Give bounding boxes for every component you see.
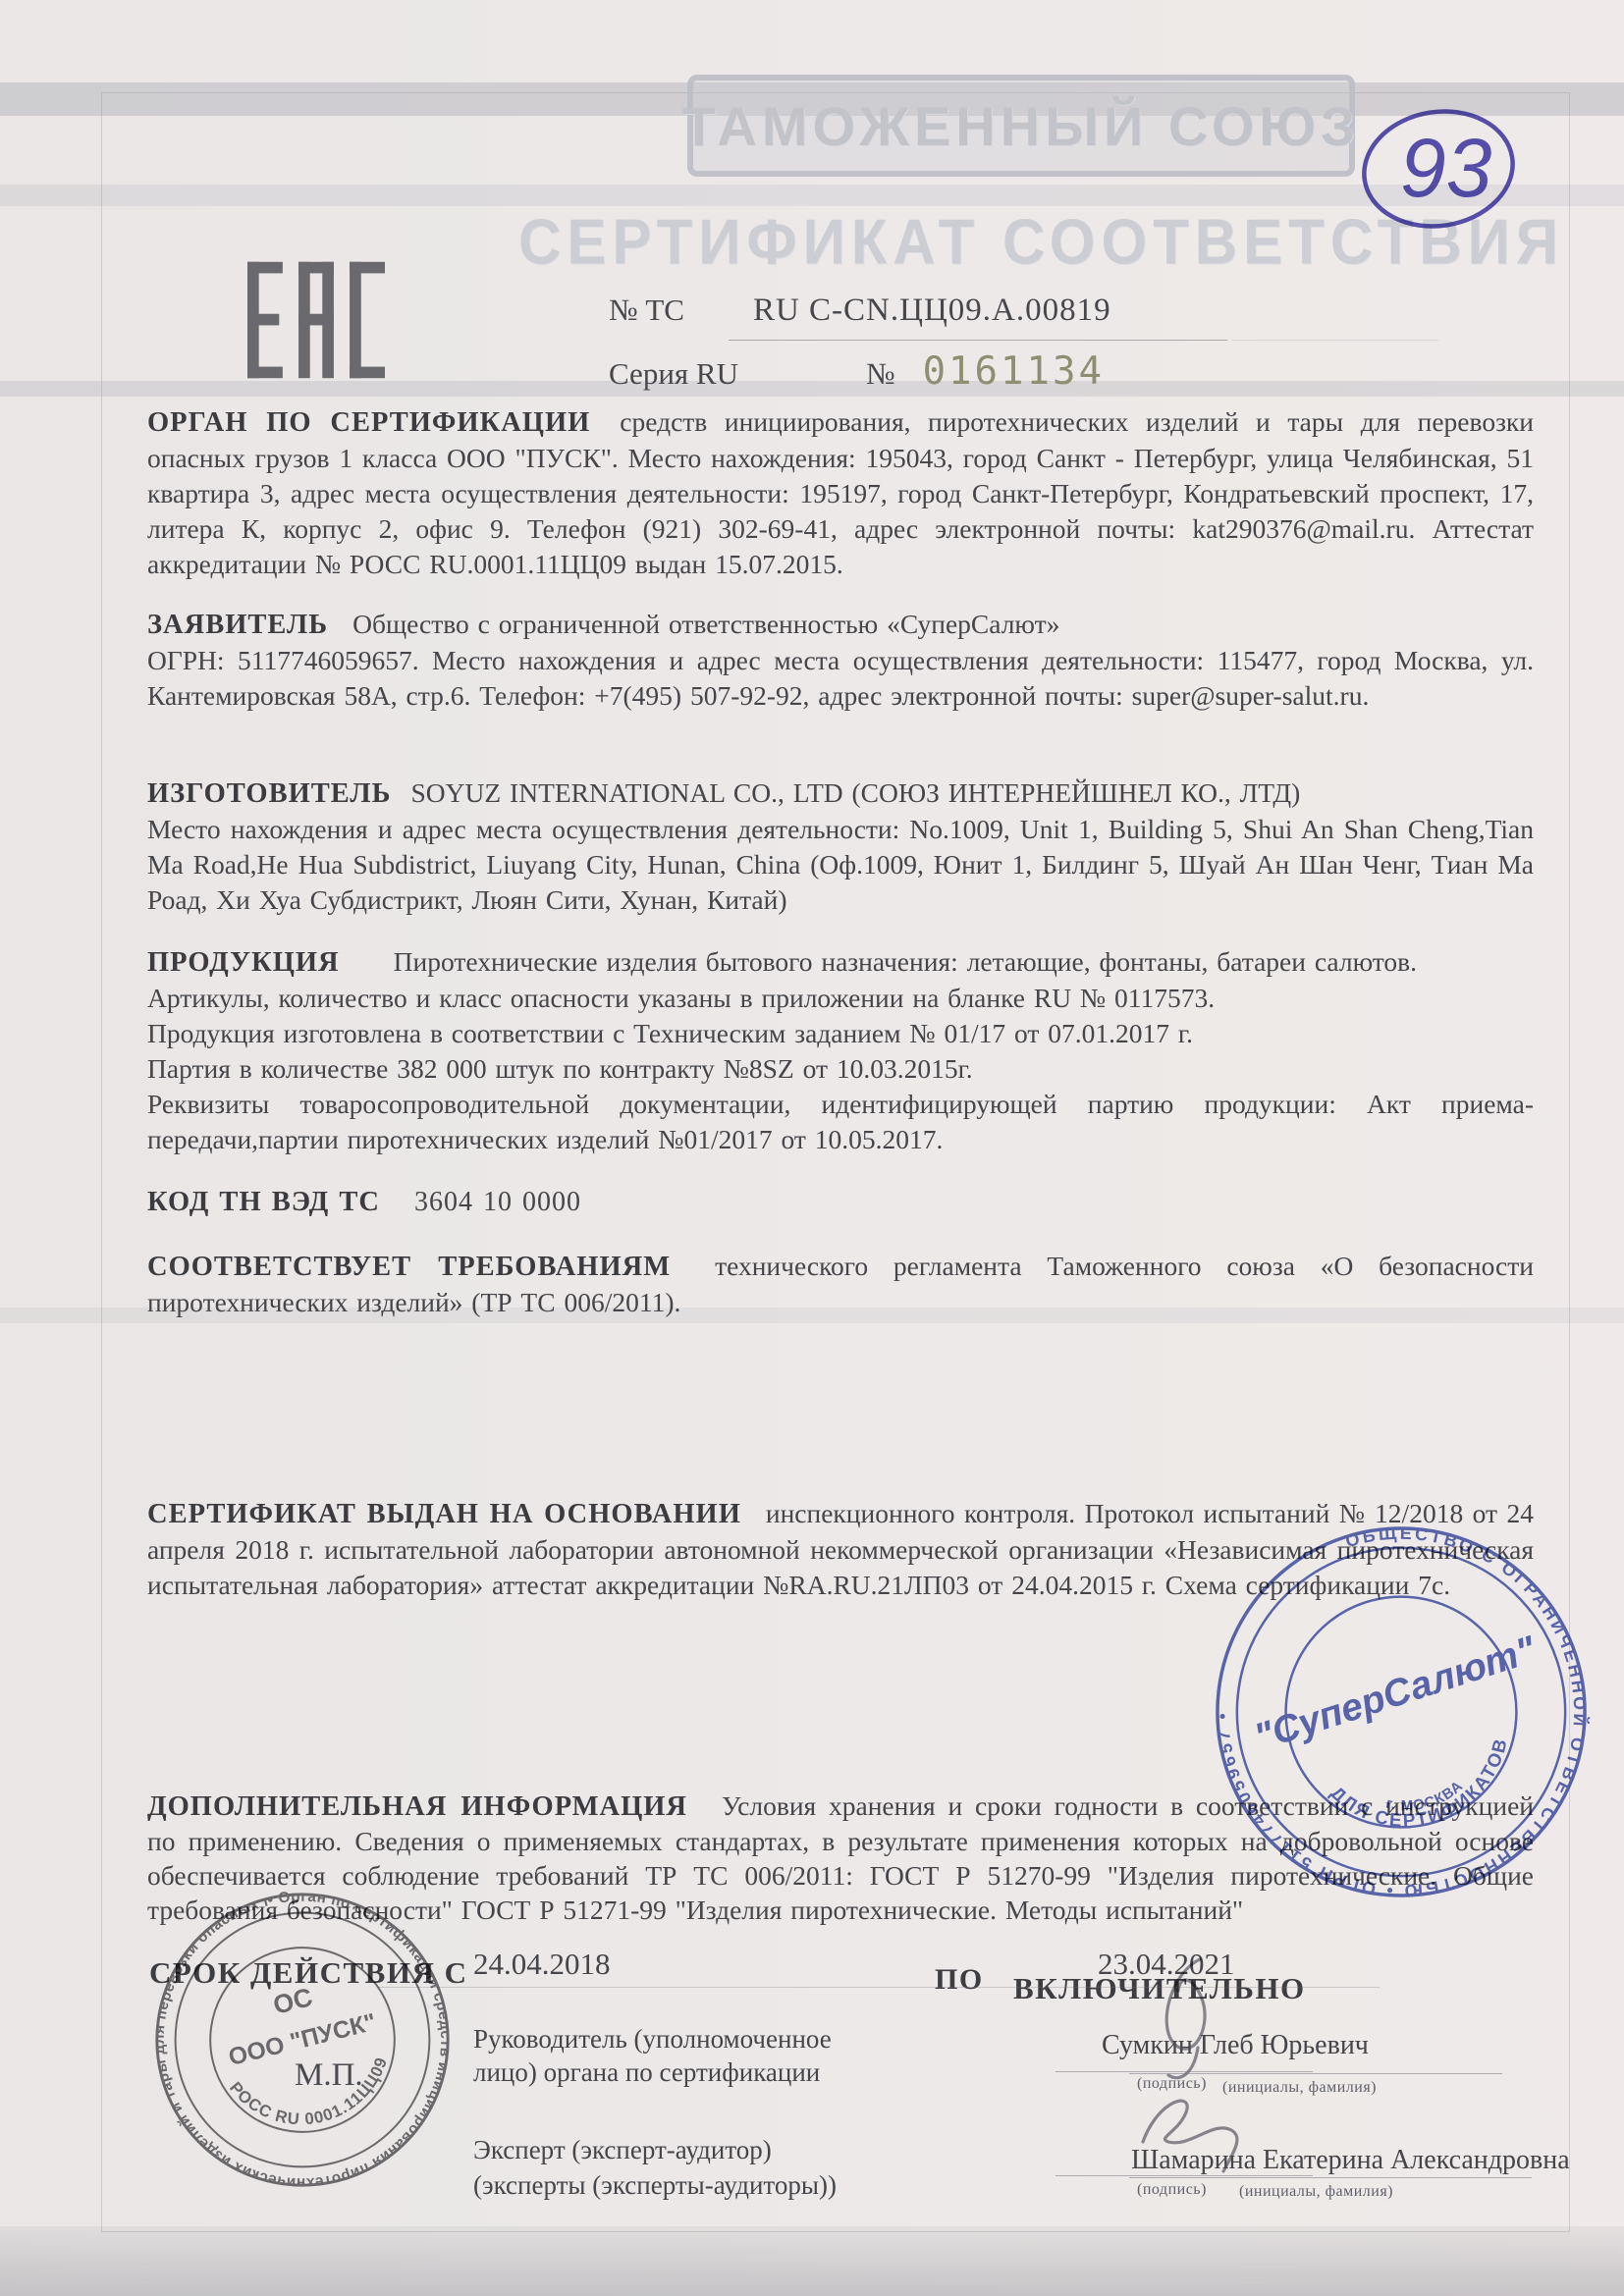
expert-name: Шамарина Екатерина Александровна	[1131, 2145, 1570, 2176]
section-applicant-text: ОГРН: 5117746059657. Место нахождения и …	[147, 643, 1534, 714]
stamp-os-center-line2: ООО "ПУСК"	[226, 2009, 379, 2071]
section-applicant-name: Общество с ограниченной ответственностью…	[352, 609, 1059, 639]
head-signature-stroke	[1139, 1953, 1286, 2091]
section-certification-body: ОРГАН ПО СЕРТИФИКАЦИИсредств инициирован…	[147, 404, 1534, 582]
section-complies: СООТВЕТСТВУЕТ ТРЕБОВАНИЯМтехнического ре…	[147, 1249, 1534, 1320]
expert-name-line	[1129, 2177, 1532, 2178]
stamp-os-center-line1: ОС	[270, 1982, 315, 2020]
series-row: Серия RU№0161134	[609, 349, 1105, 394]
head-role-line2: лицо) органа по сертификации	[473, 2056, 832, 2089]
validity-from-date: 24.04.2018	[473, 1947, 611, 1982]
expert-role-line1: Эксперт (эксперт-аудитор)	[473, 2132, 837, 2167]
products-line-3: Продукция изготовлена в соответствии с Т…	[147, 1016, 1534, 1051]
products-line-2: Артикулы, количество и класс опасности у…	[147, 981, 1534, 1016]
stamp-supersalut-inner1-text: ДЛЯ СЕРТИФИКАТОВ	[1323, 1729, 1530, 1857]
section-products: ПРОДУКЦИЯПиротехнические изделия бытовог…	[147, 944, 1534, 1157]
section-tnved-code: КОД ТН ВЭД ТС3604 10 0000	[147, 1184, 1534, 1220]
section-manufacturer-label: ИЗГОТОВИТЕЛЬ	[147, 778, 392, 809]
products-line-1: Пиротехнические изделия бытового назначе…	[394, 946, 1417, 977]
head-name-line	[1129, 2073, 1502, 2074]
cert-number-underline-faint	[1232, 340, 1438, 341]
validity-po-label: ПО	[935, 1963, 984, 1997]
expert-role: Эксперт (эксперт-аудитор) (эксперты (экс…	[473, 2132, 837, 2203]
svg-text:ДЛЯ СЕРТИФИКАТОВ: ДЛЯ СЕРТИФИКАТОВ	[1323, 1729, 1530, 1857]
head-name: Сумкин Глеб Юрьевич	[1102, 2030, 1369, 2061]
section-manufacturer-text: Место нахождения и адрес места осуществл…	[147, 812, 1534, 918]
section-certification-body-label: ОРГАН ПО СЕРТИФИКАЦИИ	[147, 407, 590, 438]
series-no-sign: №	[866, 356, 895, 391]
cert-number-value: RU C-CN.ЦЦ09.А.00819	[753, 293, 1111, 328]
cert-number-underline	[729, 340, 1227, 341]
head-role: Руководитель (уполномоченное лицо) орган…	[473, 2022, 832, 2089]
section-tnved-code-label: КОД ТН ВЭД ТС	[147, 1187, 380, 1217]
series-value: 0161134	[923, 349, 1105, 394]
scan-band	[0, 2226, 1624, 2296]
tnved-code-value: 3604 10 0000	[414, 1187, 581, 1217]
products-line-5: Реквизиты товаросопроводительной докумен…	[147, 1087, 1534, 1157]
section-manufacturer: ИЗГОТОВИТЕЛЬSOYUZ INTERNATIONAL CO., LTD…	[147, 775, 1534, 918]
section-manufacturer-name: SOYUZ INTERNATIONAL CO., LTD (СОЮЗ ИНТЕР…	[411, 777, 1301, 808]
watermark-customs-union-text: ТАМОЖЕННЫЙ СОЮЗ	[682, 94, 1361, 158]
certificate-page: ТАМОЖЕННЫЙ СОЮЗ СЕРТИФИКАТ СООТВЕТСТВИЯ …	[0, 0, 1624, 2296]
section-products-label: ПРОДУКЦИЯ	[147, 947, 340, 978]
section-applicant-label: ЗАЯВИТЕЛЬ	[147, 610, 328, 640]
section-issued-basis-label: СЕРТИФИКАТ ВЫДАН НА ОСНОВАНИИ	[147, 1499, 741, 1529]
head-signature-line	[1056, 2071, 1313, 2072]
watermark-customs-union: ТАМОЖЕННЫЙ СОЮЗ	[687, 75, 1355, 177]
expert-signature-caption: (подпись)	[1137, 2181, 1207, 2199]
page-number-text: 93	[1400, 122, 1491, 214]
cert-number-row: № ТСRU C-CN.ЦЦ09.А.00819	[609, 293, 1111, 329]
section-complies-label: СООТВЕТСТВУЕТ ТРЕБОВАНИЯМ	[147, 1252, 671, 1282]
expert-name-caption: (инициалы, фамилия)	[1239, 2183, 1393, 2201]
eac-mark-icon	[247, 261, 385, 379]
section-additional-info-label: ДОПОЛНИТЕЛЬНАЯ ИНФОРМАЦИЯ	[147, 1791, 687, 1822]
series-label: Серия RU	[609, 356, 738, 391]
products-line-4: Партия в количестве 382 000 штук по конт…	[147, 1051, 1534, 1087]
section-applicant: ЗАЯВИТЕЛЬОбщество с ограниченной ответст…	[147, 607, 1534, 714]
cert-number-label: № ТС	[609, 293, 684, 327]
head-role-line1: Руководитель (уполномоченное	[473, 2022, 832, 2056]
expert-role-line2: (эксперты (эксперты-аудиторы))	[473, 2167, 837, 2203]
handwritten-page-number: 93	[1343, 86, 1540, 253]
